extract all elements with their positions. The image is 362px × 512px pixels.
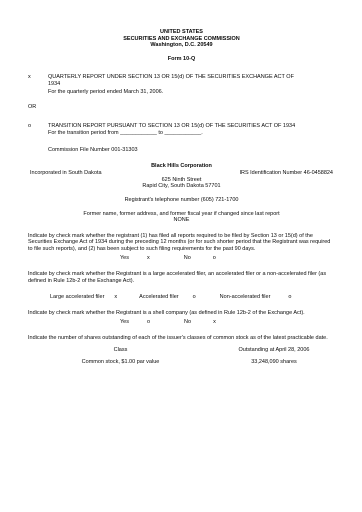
shares-table-header-row: Class Outstanding at April 28, 2006 xyxy=(28,347,335,354)
incorporation-irs-row: Incorporated in South Dakota IRS Identif… xyxy=(28,170,335,177)
large-accelerated-filer-label: Large accelerated filer xyxy=(50,294,104,300)
document-page: UNITED STATES SECURITIES AND EXCHANGE CO… xyxy=(0,0,362,512)
address-city-state-zip: Rapid City, South Dakota 57701 xyxy=(28,183,335,190)
filed-reports-no-label: No xyxy=(184,255,191,261)
or-label: OR xyxy=(28,104,335,111)
header-org-line2: SECURITIES AND EXCHANGE COMMISSION xyxy=(28,36,335,43)
former-name-value: NONE xyxy=(28,217,335,224)
filed-reports-yesno-row: YesxNoo xyxy=(28,255,335,262)
accelerated-filer-label: Accelerated filer xyxy=(139,294,178,300)
header-org-line3: Washington, D.C. 20549 xyxy=(28,42,335,49)
address-street: 625 Ninth Street xyxy=(28,177,335,184)
large-accelerated-filer-mark: x xyxy=(114,294,117,300)
transition-report-text: TRANSITION REPORT PURSUANT TO SECTION 13… xyxy=(48,123,295,137)
shares-outstanding-paragraph: Indicate the number of shares outstandin… xyxy=(28,335,335,342)
non-accelerated-filer-mark: o xyxy=(288,294,291,300)
transition-checkbox-mark: o xyxy=(28,123,48,137)
outstanding-header: Outstanding at April 28, 2006 xyxy=(213,347,335,354)
irs-identification-number: IRS Identification Number 46-0458824 xyxy=(239,170,333,177)
class-header: Class xyxy=(28,347,213,354)
quarterly-checkbox-mark: x xyxy=(28,74,48,95)
shell-company-yesno-row: YesoNox xyxy=(28,319,335,326)
filed-reports-paragraph: Indicate by check mark whether the regis… xyxy=(28,233,335,253)
filed-reports-yes-label: Yes xyxy=(120,255,129,261)
incorporation-state: Incorporated in South Dakota xyxy=(30,170,102,177)
filed-reports-yes-mark: x xyxy=(147,255,150,261)
transition-period-line: For the transition period from _________… xyxy=(48,130,295,137)
shell-company-paragraph: Indicate by check mark whether the Regis… xyxy=(28,310,335,317)
shell-company-yes-mark: o xyxy=(147,319,150,325)
shares-table-value-row: Common stock, $1.00 par value 33,248,090… xyxy=(28,359,335,366)
filer-options-row: Large accelerated filerxAccelerated file… xyxy=(28,294,335,301)
transition-report-item: o TRANSITION REPORT PURSUANT TO SECTION … xyxy=(28,123,335,137)
shares-outstanding-table: Class Outstanding at April 28, 2006 Comm… xyxy=(28,347,335,366)
registrant-name: Black Hills Corporation xyxy=(28,163,335,170)
outstanding-value: 33,248,090 shares xyxy=(213,359,335,366)
form-title: Form 10-Q xyxy=(28,56,335,63)
shell-company-no-label: No xyxy=(184,319,191,325)
filed-reports-no-mark: o xyxy=(213,255,216,261)
former-name-label: Former name, former address, and former … xyxy=(28,211,335,218)
registrant-phone: Registrant's telephone number (605) 721-… xyxy=(28,197,335,204)
quarterly-period-line: For the quarterly period ended March 31,… xyxy=(48,89,298,96)
commission-file-number: Commission File Number 001-31303 xyxy=(48,147,335,154)
header-org-line1: UNITED STATES xyxy=(28,29,335,36)
quarterly-report-item: x QUARTERLY REPORT UNDER SECTION 13 OR 1… xyxy=(28,74,335,95)
accelerated-filer-mark: o xyxy=(193,294,196,300)
quarterly-report-text: QUARTERLY REPORT UNDER SECTION 13 OR 15(… xyxy=(48,74,298,95)
shell-company-no-mark: x xyxy=(213,319,216,325)
non-accelerated-filer-label: Non-accelerated filer xyxy=(220,294,271,300)
shell-company-yes-label: Yes xyxy=(120,319,129,325)
class-value: Common stock, $1.00 par value xyxy=(28,359,213,366)
transition-report-title: TRANSITION REPORT PURSUANT TO SECTION 13… xyxy=(48,123,295,130)
quarterly-report-title: QUARTERLY REPORT UNDER SECTION 13 OR 15(… xyxy=(48,74,298,87)
filer-status-paragraph: Indicate by check mark whether the Regis… xyxy=(28,271,335,284)
